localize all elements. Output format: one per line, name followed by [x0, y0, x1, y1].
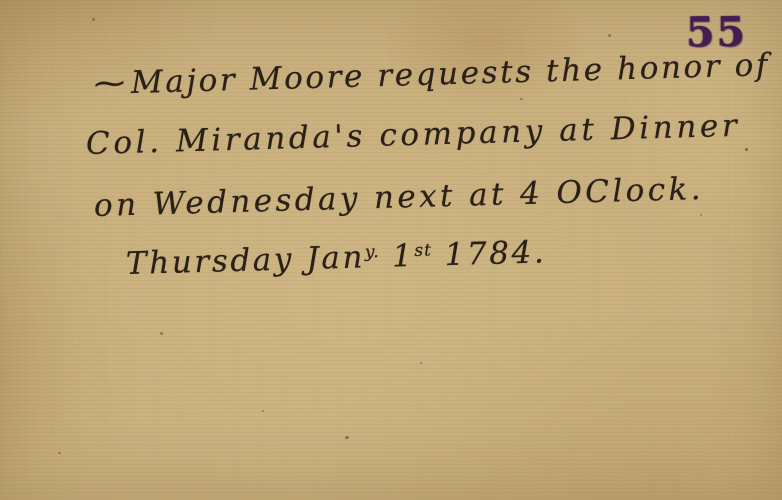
manuscript-line: on Wednesday next at 4 OClock. [93, 171, 704, 224]
paper-speck [92, 18, 95, 21]
paper-speck [608, 34, 611, 37]
paper-speck [262, 410, 264, 412]
manuscript-page: 55 ⁓Major Moore requests the honor ofCol… [0, 0, 782, 500]
manuscript-line: Col. Miranda's company at Dinner [85, 108, 740, 162]
paper-speck [745, 148, 748, 151]
paper-speck [345, 436, 349, 439]
manuscript-line: Thursday Jany. 1st 1784. [125, 234, 546, 282]
paper-speck [420, 362, 422, 364]
manuscript-line: ⁓Major Moore requests the honor of [93, 47, 770, 102]
paper-speck [520, 98, 523, 100]
paper-speck [58, 452, 61, 454]
paper-speck [160, 332, 163, 335]
paper-speck [700, 214, 702, 216]
handwriting: ⁓Major Moore requests the honor ofCol. M… [0, 0, 782, 500]
